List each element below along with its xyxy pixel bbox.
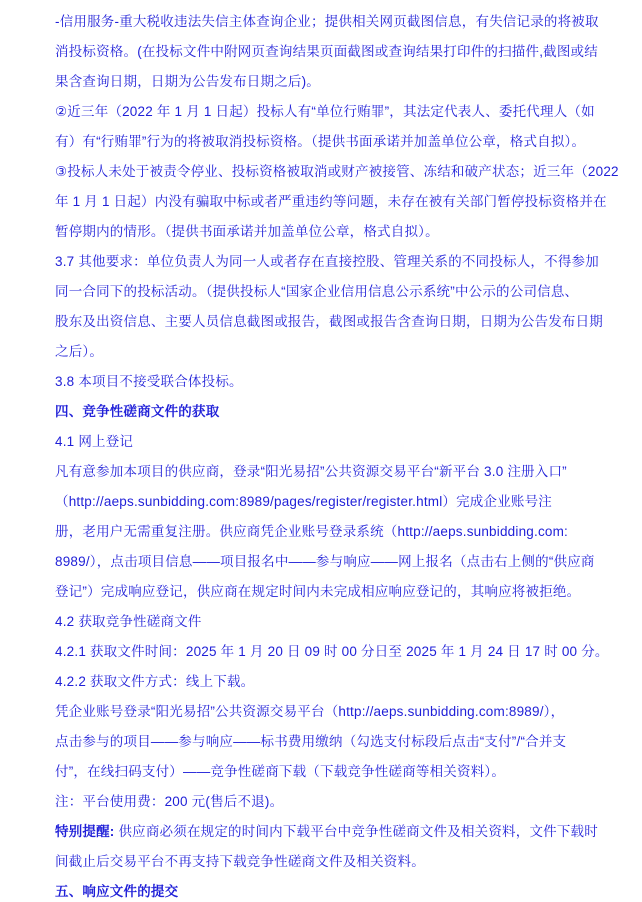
- special-reminder-label: 特别提醒:: [55, 824, 115, 839]
- text-line: 有）有“行贿罪”行为的将被取消投标资格。（提供书面承诺并加盖单位公章，格式自拟）…: [55, 127, 622, 157]
- platform-url-line: 凭企业账号登录“阳光易招”公共资源交易平台（http://aeps.sunbid…: [55, 697, 622, 727]
- clause-4-2: 4.2 获取竞争性磋商文件: [55, 607, 622, 637]
- text-line: 凡有意参加本项目的供应商，登录“阳光易招”公共资源交易平台“新平台 3.0 注册…: [55, 457, 622, 487]
- document-page: -信用服务-重大税收违法失信主体查询企业；提供相关网页截图信息，有失信记录的将被…: [0, 0, 642, 902]
- text-line: 间截止后交易平台不再支持下载竞争性磋商文件及相关资料。: [55, 847, 622, 877]
- registration-url-line: （http://aeps.sunbidding.com:8989/pages/r…: [55, 487, 622, 517]
- platform-fee-note: 注：平台使用费：200 元(售后不退)。: [55, 787, 622, 817]
- special-reminder-line: 特别提醒: 供应商必须在规定的时间内下载平台中竞争性磋商文件及相关资料，文件下载…: [55, 817, 622, 847]
- clause-4-1: 4.1 网上登记: [55, 427, 622, 457]
- special-reminder-text: 供应商必须在规定的时间内下载平台中竞争性磋商文件及相关资料，文件下载时: [115, 824, 598, 839]
- text-line: ②近三年（2022 年 1 月 1 日起）投标人有“单位行贿罪”，其法定代表人、…: [55, 97, 622, 127]
- clause-4-2-2-method: 4.2.2 获取文件方式：线上下载。: [55, 667, 622, 697]
- text-line: 消投标资格。(在投标文件中附网页查询结果页面截图或查询结果打印件的扫描件,截图或…: [55, 37, 622, 67]
- text-line: 果含查询日期，日期为公告发布日期之后)。: [55, 67, 622, 97]
- text-line: 8989/），点击项目信息——项目报名中——参与响应——网上报名（点击右上侧的“…: [55, 547, 622, 577]
- text-line: 股东及出资信息、主要人员信息截图或报告，截图或报告含查询日期，日期为公告发布日期: [55, 307, 622, 337]
- text-line: -信用服务-重大税收违法失信主体查询企业；提供相关网页截图信息，有失信记录的将被…: [55, 7, 622, 37]
- clause-3-8: 3.8 本项目不接受联合体投标。: [55, 367, 622, 397]
- text-line: 付”，在线扫码支付）——竞争性磋商下载（下载竞争性磋商等相关资料）。: [55, 757, 622, 787]
- text-line: ③投标人未处于被责令停业、投标资格被取消或财产被接管、冻结和破产状态；近三年（2…: [55, 157, 622, 187]
- clause-4-2-1-time: 4.2.1 获取文件时间：2025 年 1 月 20 日 09 时 00 分日至…: [55, 637, 622, 667]
- text-line: 之后）。: [55, 337, 622, 367]
- section-heading-4: 四、竞争性磋商文件的获取: [55, 397, 622, 427]
- clause-3-7: 3.7 其他要求：单位负责人为同一人或者存在直接控股、管理关系的不同投标人，不得…: [55, 247, 622, 277]
- text-line: 暂停期内的情形。（提供书面承诺并加盖单位公章，格式自拟）。: [55, 217, 622, 247]
- text-line: 同一合同下的投标活动。（提供投标人“国家企业信用信息公示系统”中公示的公司信息、: [55, 277, 622, 307]
- text-line: 登记”）完成响应登记，供应商在规定时间内未完成相应响应登记的，其响应将被拒绝。: [55, 577, 622, 607]
- text-line: 点击参与的项目——参与响应——标书费用缴纳（勾选支付标段后点击“支付”/“合并支: [55, 727, 622, 757]
- section-heading-5: 五、响应文件的提交: [55, 877, 622, 902]
- text-line: 册，老用户无需重复注册。供应商凭企业账号登录系统（http://aeps.sun…: [55, 517, 622, 547]
- text-line: 年 1 月 1 日起）内没有骗取中标或者严重违约等问题，未存在被有关部门暂停投标…: [55, 187, 622, 217]
